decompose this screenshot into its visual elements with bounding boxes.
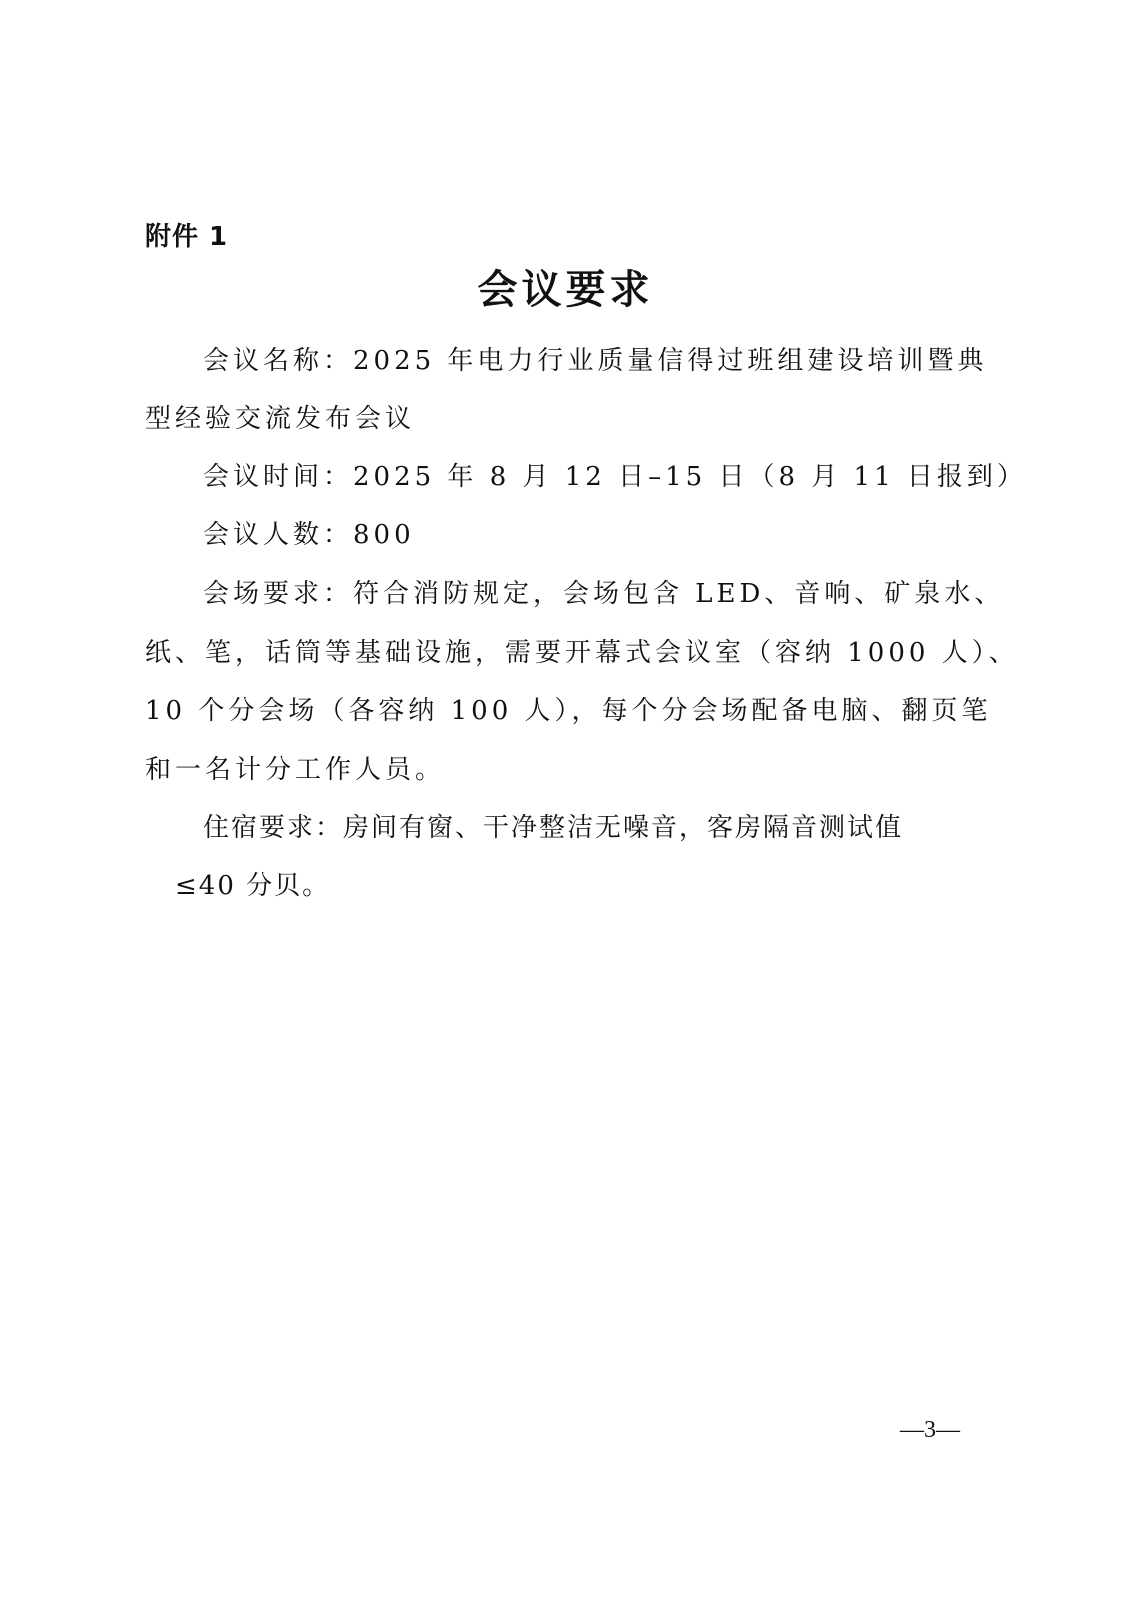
accommodation-line-1: 住宿要求：房间有窗、干净整洁无噪音，客房隔音测试值	[203, 807, 903, 844]
meeting-name-line-2: 型经验交流发布会议	[145, 398, 415, 435]
accommodation-line-2: ≤40 分贝。	[175, 865, 330, 902]
page-number: —3—	[900, 1417, 960, 1444]
attachment-label: 附件 1	[145, 216, 228, 253]
meeting-time-line: 会议时间：2025 年 8 月 12 日–15 日（8 月 11 日报到）	[203, 456, 1027, 493]
venue-requirements-line-4: 和一名计分工作人员。	[145, 749, 445, 786]
venue-requirements-line-3: 10 个分会场（各容纳 100 人），每个分会场配备电脑、翻页笔	[145, 690, 992, 727]
document-title: 会议要求	[0, 258, 1131, 315]
venue-requirements-line-2: 纸、笔，话筒等基础设施，需要开幕式会议室（容纳 1000 人）、	[145, 632, 1019, 669]
attendees-line: 会议人数：800	[203, 514, 415, 551]
meeting-name-line-1: 会议名称：2025 年电力行业质量信得过班组建设培训暨典	[203, 340, 987, 377]
document-page: 附件 1 会议要求 会议名称：2025 年电力行业质量信得过班组建设培训暨典 型…	[0, 0, 1131, 1600]
venue-requirements-line-1: 会场要求：符合消防规定，会场包含 LED、音响、矿泉水、	[203, 573, 1004, 610]
